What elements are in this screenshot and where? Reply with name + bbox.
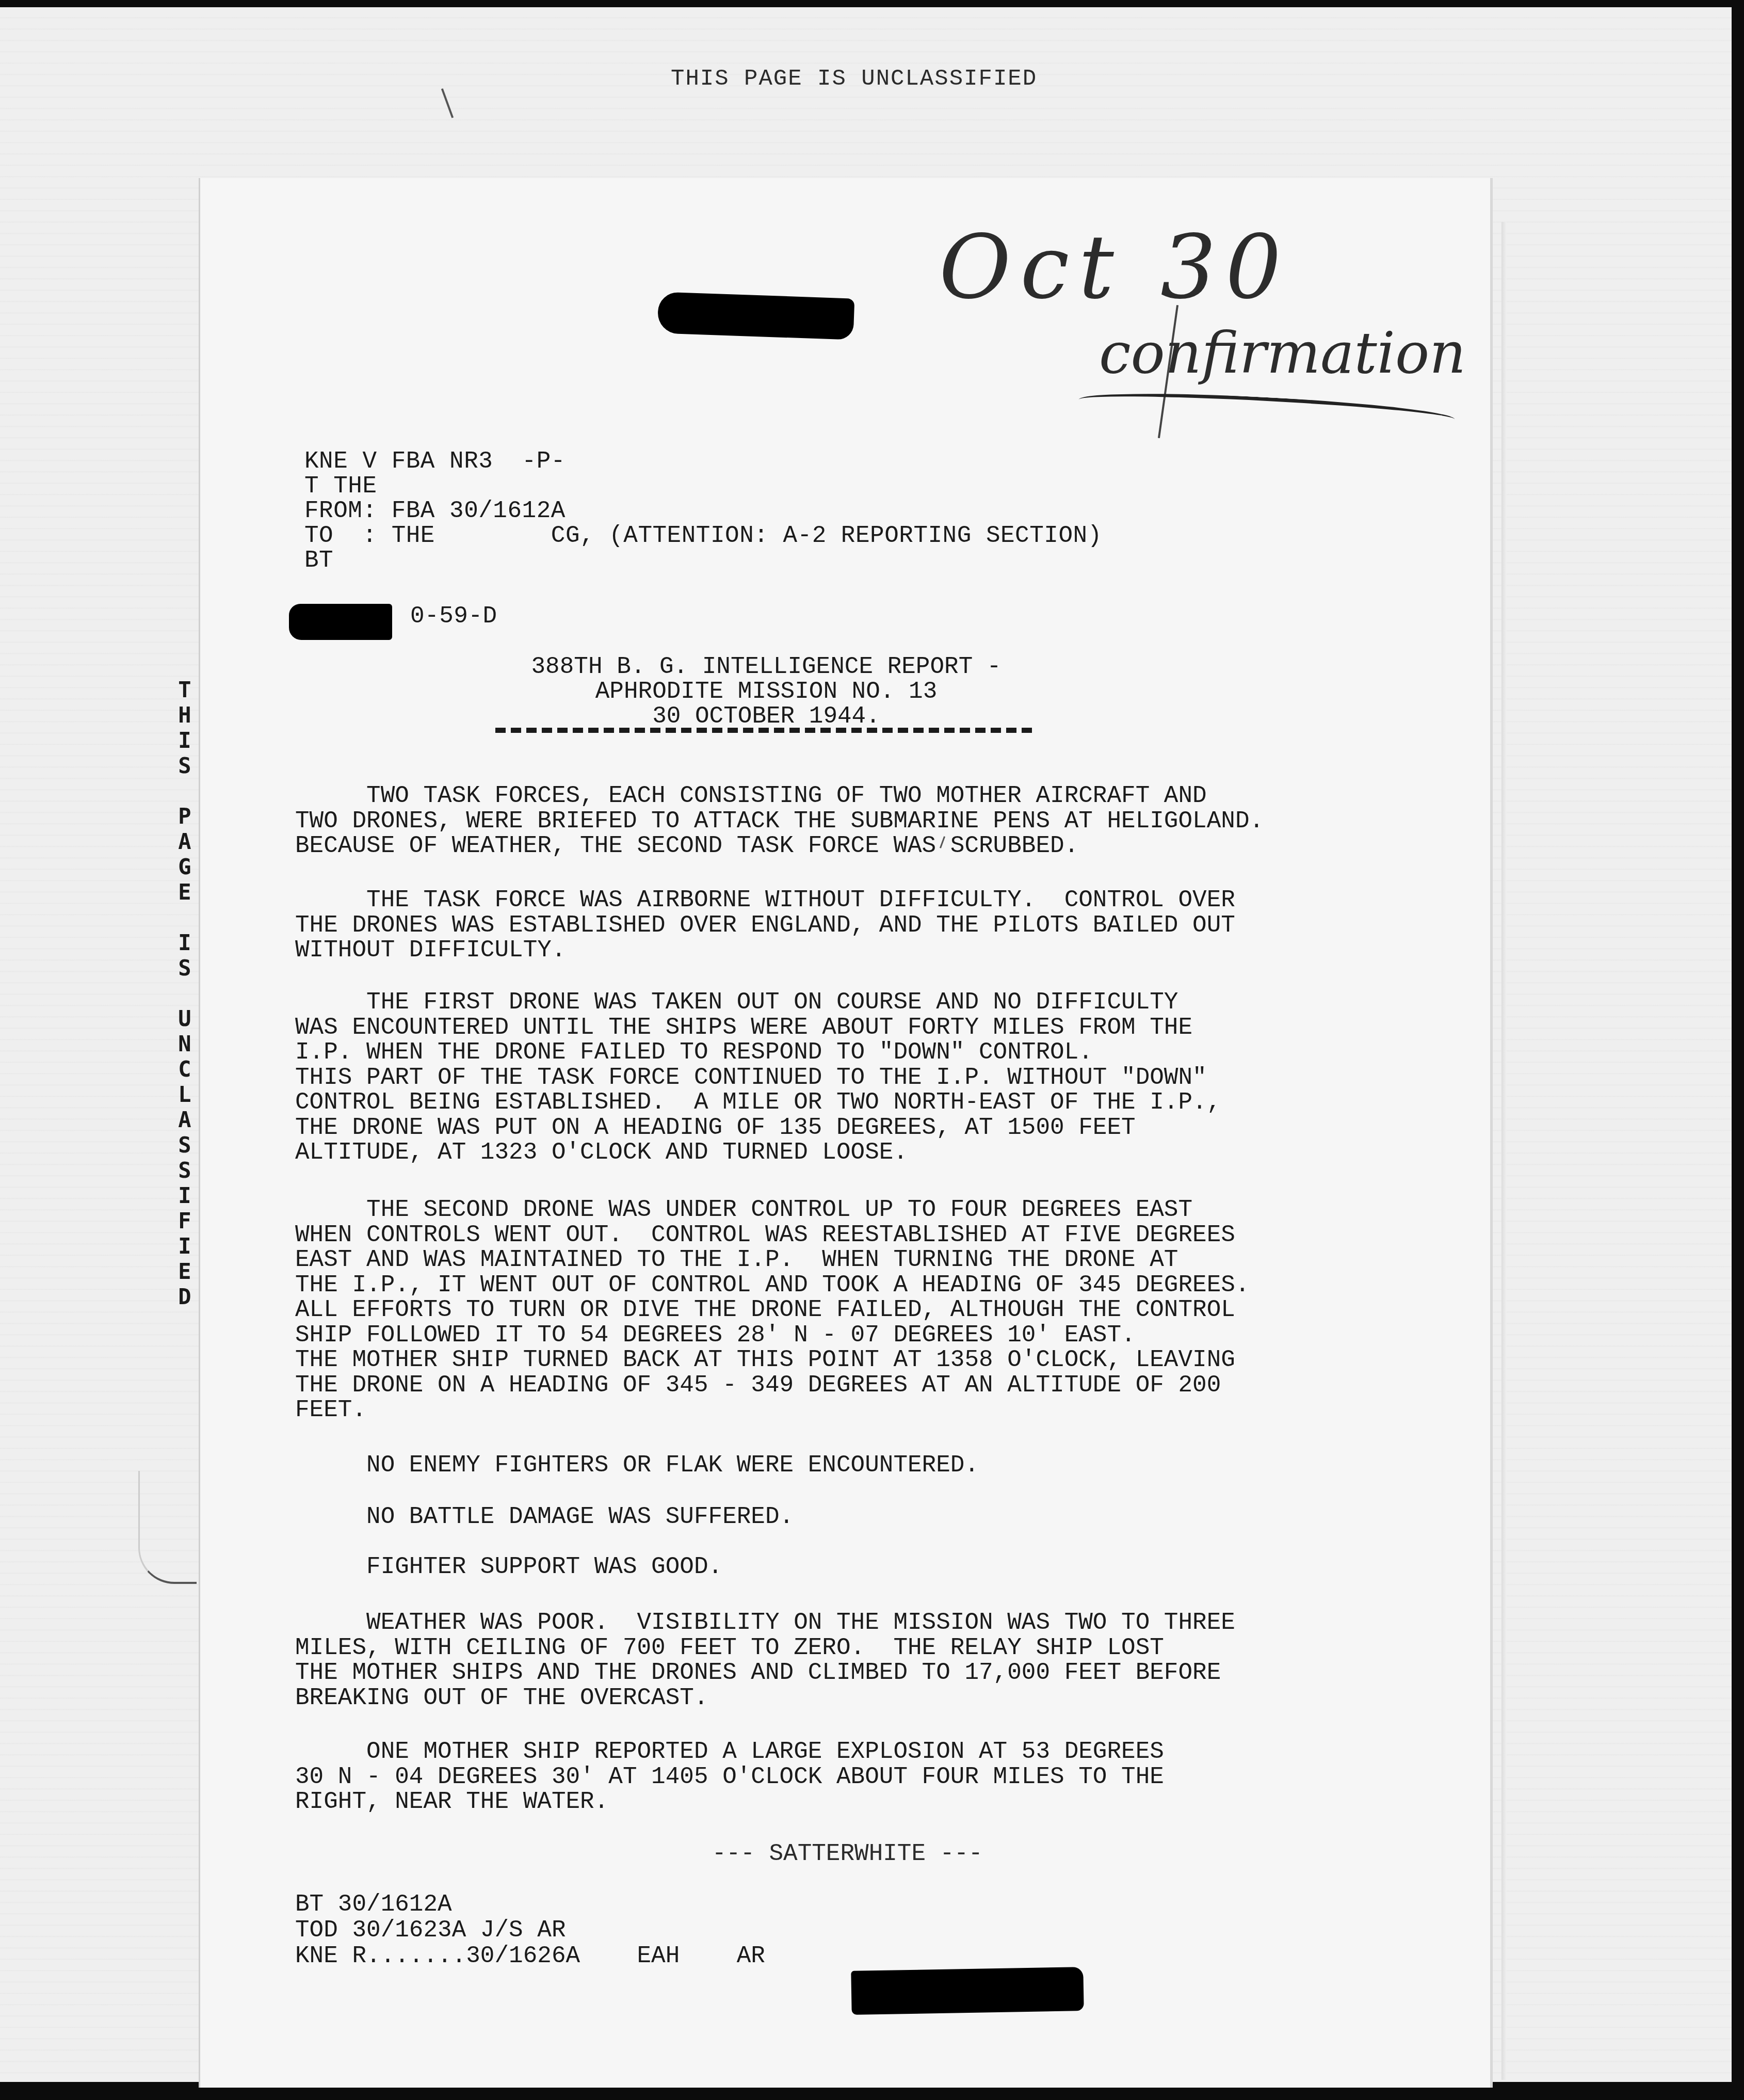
- paragraph-battle-damage: NO BATTLE DAMAGE WAS SUFFERED.: [295, 1504, 794, 1530]
- paragraph-airborne: THE TASK FORCE WAS AIRBORNE WITHOUT DIFF…: [295, 888, 1235, 963]
- report-title-line-2: APHRODITE MISSION NO. 13: [595, 678, 938, 705]
- title-dashed-rule: [495, 728, 1032, 733]
- message-trailer: BT 30/1612A TOD 30/1623A J/S AR KNE R...…: [295, 1891, 765, 1969]
- routing-line-1: KNE V FBA NR3 -P-: [304, 448, 566, 475]
- paragraph-task-forces: TWO TASK FORCES, EACH CONSISTING OF TWO …: [295, 783, 1264, 859]
- paragraph-weather: WEATHER WAS POOR. VISIBILITY ON THE MISS…: [295, 1610, 1235, 1710]
- routing-to: TO : THE CG, (ATTENTION: A-2 REPORTING S…: [304, 522, 1102, 549]
- paragraph-second-drone: THE SECOND DRONE WAS UNDER CONTROL UP TO…: [295, 1197, 1250, 1423]
- redaction-block-top: [657, 292, 855, 340]
- trailer-line-2: TOD 30/1623A J/S AR: [295, 1917, 566, 1944]
- signature: --- SATTERWHITE ---: [712, 1840, 983, 1867]
- reference-code: 0-59-D: [410, 604, 497, 629]
- trailer-line-1: BT 30/1612A: [295, 1891, 452, 1918]
- classification-banner: THIS PAGE IS UNCLASSIFIED: [671, 66, 1037, 92]
- paragraph-enemy-fighters: NO ENEMY FIGHTERS OR FLAK WERE ENCOUNTER…: [295, 1453, 979, 1478]
- handwritten-date: Oct 30: [939, 217, 1290, 319]
- sheet-edge: [1501, 222, 1507, 2080]
- paragraph-fighter-support: FIGHTER SUPPORT WAS GOOD.: [295, 1554, 722, 1580]
- report-title: 388TH B. G. INTELLIGENCE REPORT - APHROD…: [495, 654, 1037, 729]
- report-title-line-3: 30 OCTOBER 1944.: [652, 703, 880, 730]
- redaction-block-bottom: [851, 1967, 1084, 2015]
- routing-from: FROM: FBA 30/1612A: [304, 498, 566, 524]
- trailer-line-3: KNE R.......30/1626A EAH AR: [295, 1943, 765, 1969]
- vertical-classification-stamp: T H I S P A G E I S U N C L A S S I F I …: [173, 677, 196, 1309]
- routing-line-2: T THE: [304, 473, 377, 500]
- routing-bt: BT: [304, 547, 333, 574]
- report-title-line-1: 388TH B. G. INTELLIGENCE REPORT -: [531, 653, 1002, 680]
- paragraph-explosion: ONE MOTHER SHIP REPORTED A LARGE EXPLOSI…: [295, 1739, 1164, 1815]
- paragraph-first-drone: THE FIRST DRONE WAS TAKEN OUT ON COURSE …: [295, 990, 1221, 1165]
- routing-header: KNE V FBA NR3 -P- T THE FROM: FBA 30/161…: [304, 449, 1102, 573]
- handwritten-note: confirmation: [1099, 320, 1466, 386]
- margin-bracket-mark: [138, 1471, 197, 1584]
- redaction-block-reference: [289, 604, 392, 640]
